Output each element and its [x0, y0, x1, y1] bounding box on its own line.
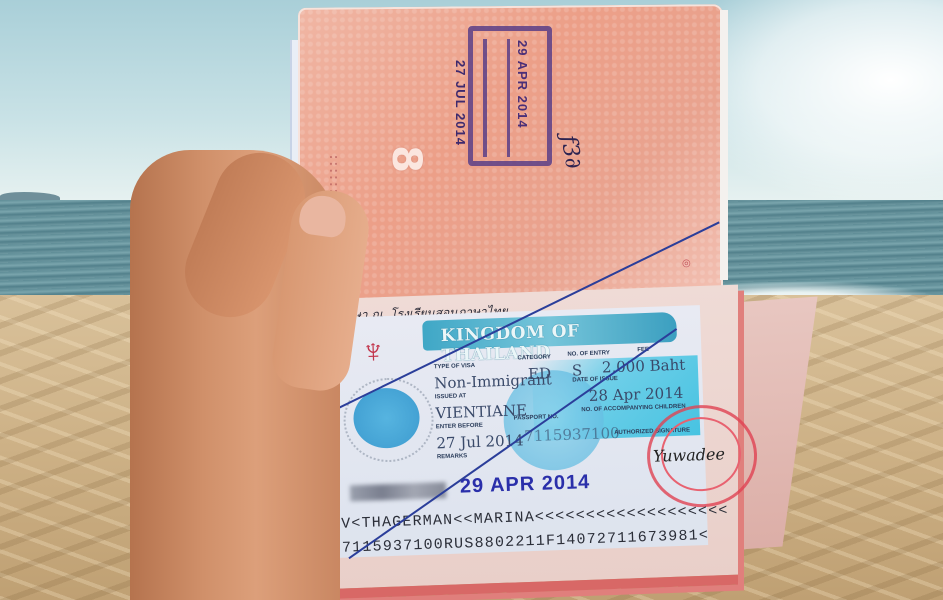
enter-before-label: ENTER BEFORE	[436, 422, 496, 432]
beach-photo: :::::: 8 29 APR 2014 27 JUL 2014 ƒ3∂ ◎ ศ…	[0, 0, 943, 600]
issued-at-label: ISSUED AT	[435, 393, 485, 403]
passport-page-edge-right	[720, 10, 728, 280]
date-of-issue-value: 28 Apr 2014	[589, 384, 690, 405]
category-label: CATEGORY	[517, 354, 557, 363]
issue-date-stamp: 29 APR 2014	[460, 471, 601, 500]
page-number: 8	[385, 133, 427, 185]
exit-by-date: 27 JUL 2014	[444, 60, 468, 170]
fee-value: 2,000 Baht	[602, 355, 693, 376]
thai-visa-sticker: KINGDOM OF THAILAND ♆ TYPE OF VISA Non-I…	[330, 305, 708, 558]
passport-no-value: 7115937100	[524, 424, 625, 445]
garuda-emblem-icon: ♆	[352, 328, 394, 375]
type-of-visa-label: TYPE OF VISA	[434, 363, 484, 373]
officer-signature: Yuwadee	[653, 444, 724, 464]
category-value: ED	[528, 364, 559, 383]
perforated-passport-number: ::::::	[322, 45, 350, 195]
remarks-label: REMARKS	[437, 453, 477, 462]
page-security-mark-icon: ◎	[682, 258, 694, 270]
